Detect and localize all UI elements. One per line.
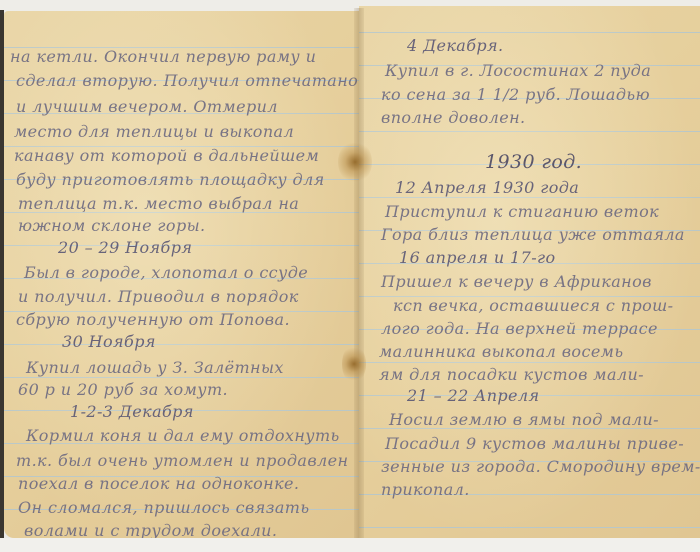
text-line: Был в городе, хлопотал о ссуде (24, 263, 308, 282)
date-heading: 30 Ноября (62, 332, 156, 351)
right-page: 4 Декабря. Купил в г. Лосостинах 2 пуда … (359, 6, 700, 544)
date-heading: 4 Декабря. (407, 36, 504, 55)
text-line: малинника выкопал восемь (379, 342, 623, 361)
text-line: Приступил к стиганию веток (385, 202, 659, 221)
text-line: волами и с трудом доехали. (24, 521, 277, 538)
text-line: Гора близ теплица уже оттаяла (381, 225, 685, 244)
text-line: сбрую полученную от Попова. (16, 310, 290, 329)
date-heading: 20 – 29 Ноября (58, 238, 192, 257)
text-line: на кетли. Окончил первую раму и (10, 47, 316, 66)
text-line: т.к. был очень утомлен и продавлен (16, 451, 348, 470)
text-line: канаву от которой в дальнейшем (14, 146, 319, 165)
text-line: Он сломался, пришлось связать (18, 498, 309, 517)
date-heading: 16 апреля и 17-го (399, 248, 556, 267)
left-page: на кетли. Окончил первую раму и сделал в… (4, 11, 359, 538)
text-line: прикопал. (381, 480, 470, 499)
staple-rust-stain (342, 344, 366, 384)
text-line: 60 р и 20 руб за хомут. (18, 380, 228, 399)
text-line: лого года. На верхней террасе (381, 319, 658, 338)
scan-background-bottom (0, 538, 700, 552)
text-line: вполне доволен. (381, 108, 526, 127)
date-heading: 12 Апреля 1930 года (395, 178, 579, 197)
text-line: Пришел к вечеру в Африканов (381, 272, 652, 291)
date-heading: 1-2-3 Декабря (70, 402, 194, 421)
text-line: южном склоне горы. (18, 216, 206, 235)
text-line: место для теплицы и выкопал (14, 122, 294, 141)
text-line: Купил лошадь у З. Залётных (26, 358, 284, 377)
text-line: теплица т.к. место выбрал на (18, 194, 299, 213)
text-line: зенные из города. Смородину врем- (381, 457, 700, 476)
text-line: Посадил 9 кустов малины приве- (385, 434, 684, 453)
date-heading: 21 – 22 Апреля (407, 386, 540, 405)
text-line: буду приготовлять площадку для (16, 170, 325, 189)
page-fold-gutter (354, 8, 364, 540)
text-line: Носил землю в ямы под мали- (389, 410, 659, 429)
year-heading: 1930 год. (485, 151, 582, 173)
text-line: ксп вечка, оставшиеся с прош- (393, 296, 673, 315)
text-line: поехал в поселок на одноконке. (18, 474, 299, 493)
text-line: и лучшим вечером. Отмерил (16, 97, 278, 116)
text-line: ям для посадки кустов мали- (379, 365, 644, 384)
text-line: Кормил коня и дал ему отдохнуть (26, 426, 340, 445)
text-line: ко сена за 1 1/2 руб. Лошадью (381, 85, 650, 104)
staple-rust-stain (338, 140, 372, 184)
text-line: и получил. Приводил в порядок (18, 287, 299, 306)
text-line: Купил в г. Лосостинах 2 пуда (385, 61, 651, 80)
text-line: сделал вторую. Получил отпечатано (16, 71, 358, 90)
